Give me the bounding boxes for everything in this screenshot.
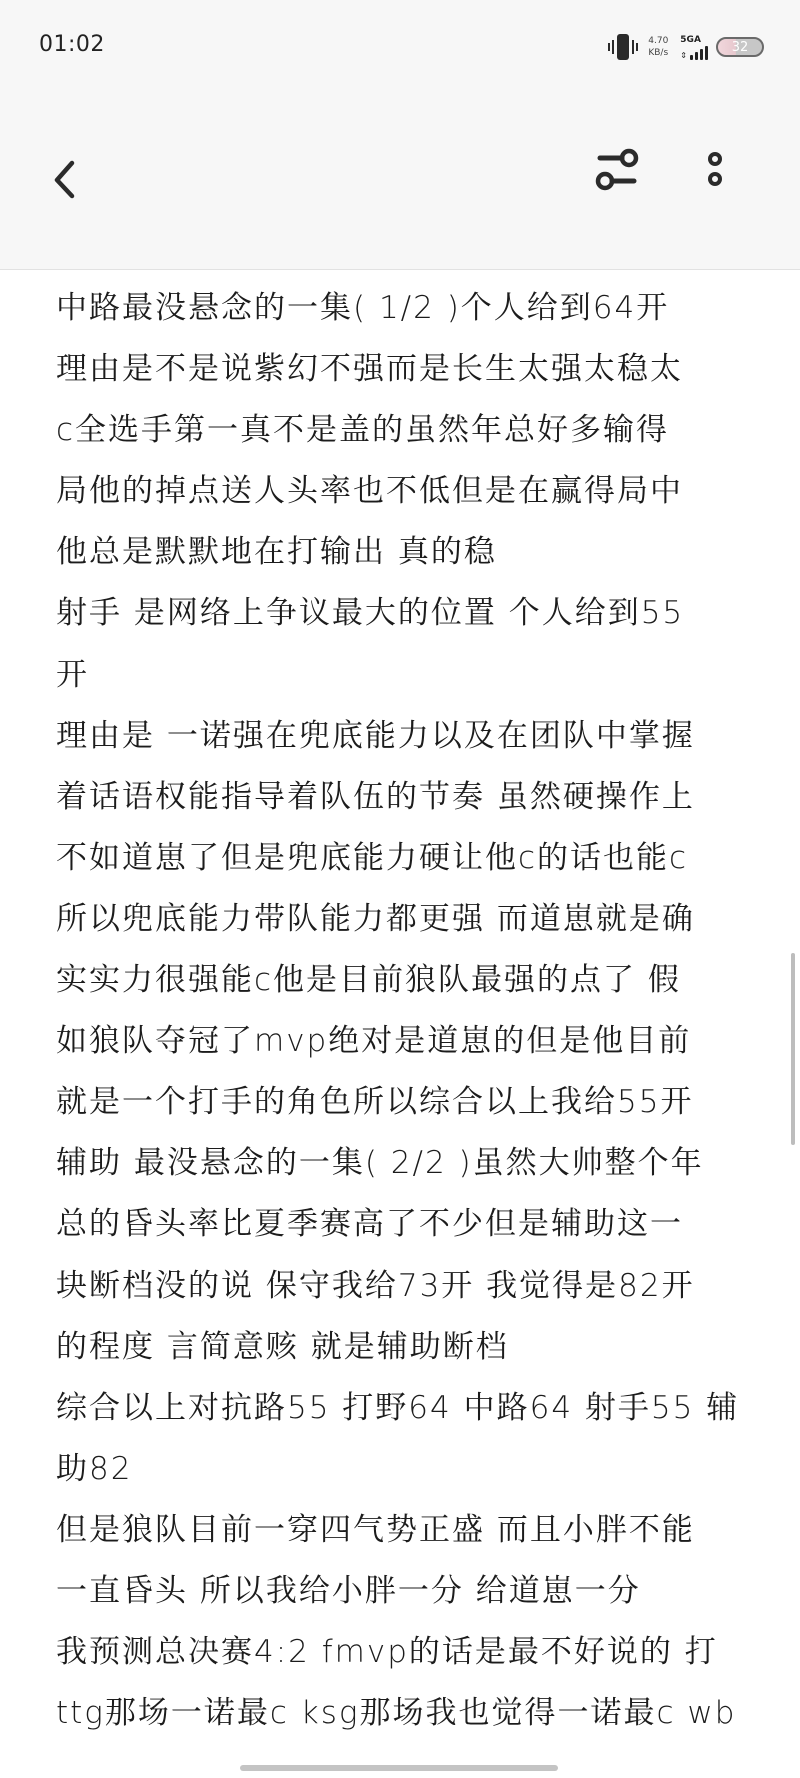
network-speed-unit: KB/s (648, 47, 668, 59)
data-arrows-icon: ⇕ (680, 52, 687, 60)
app-header (0, 92, 800, 270)
screen: 01:02 4.70 KB/s 5GA ⇕ (0, 0, 800, 1778)
text-line: 就是一个打手的角色所以综合以上我给55开 (56, 1072, 756, 1133)
text-line: 着话语权能指导着队伍的节奏 虽然硬操作上 (56, 767, 756, 828)
status-icons: 4.70 KB/s 5GA ⇕ 32 (608, 30, 764, 64)
network-type-label: 5GA (680, 35, 701, 45)
text-line: 综合以上对抗路55 打野64 中路64 射手55 辅 (56, 1378, 756, 1439)
text-line: 辅助 最没悬念的一集( 2/2 )虽然大帅整个年 (56, 1133, 756, 1194)
text-line: c全选手第一真不是盖的虽然年总好多输得 (56, 400, 756, 461)
article-body: 中路最没悬念的一集( 1/2 )个人给到64开 理由是不是说紫幻不强而是长生太强… (56, 278, 756, 1744)
text-line: 中路最没悬念的一集( 1/2 )个人给到64开 (56, 278, 756, 339)
vibrate-mode-icon (608, 34, 638, 60)
network-speed: 4.70 KB/s (648, 35, 668, 59)
back-button[interactable] (48, 154, 82, 204)
status-time: 01:02 (39, 32, 105, 57)
text-line: 块断档没的说 保守我给73开 我觉得是82开 (56, 1256, 756, 1317)
chevron-left-icon (48, 154, 82, 204)
text-line: 的程度 言简意赅 就是辅助断档 (56, 1317, 756, 1378)
text-line: 开 (56, 645, 756, 706)
text-line: 不如道崽了但是兜底能力硬让他c的话也能c (56, 828, 756, 889)
text-line: 如狼队夺冠了mvp绝对是道崽的但是他目前 (56, 1011, 756, 1072)
more-options-button[interactable] (700, 144, 730, 194)
text-line: 助82 (56, 1439, 756, 1500)
text-line: 我预测总决赛4:2 fmvp的话是最不好说的 打 (56, 1622, 756, 1683)
cellular-signal-icon: 5GA ⇕ (680, 35, 708, 60)
text-line: 理由是 一诺强在兜底能力以及在团队中掌握 (56, 706, 756, 767)
text-line: 射手 是网络上争议最大的位置 个人给到55 (56, 583, 756, 644)
network-speed-value: 4.70 (648, 35, 668, 47)
text-line: ttg那场一诺最c ksg那场我也觉得一诺最c wb (56, 1683, 756, 1744)
text-line: 他总是默默地在打输出 真的稳 (56, 522, 756, 583)
text-line: 局他的掉点送人头率也不低但是在赢得局中 (56, 461, 756, 522)
status-bar: 01:02 4.70 KB/s 5GA ⇕ (0, 0, 800, 92)
battery-level: 32 (732, 40, 749, 55)
text-line: 一直昏头 所以我给小胖一分 给道崽一分 (56, 1561, 756, 1622)
home-indicator[interactable] (240, 1765, 558, 1771)
text-line: 理由是不是说紫幻不强而是长生太强太稳太 (56, 339, 756, 400)
filter-settings-button[interactable] (592, 142, 642, 198)
text-line: 所以兜底能力带队能力都更强 而道崽就是确 (56, 889, 756, 950)
battery-icon: 32 (716, 37, 764, 57)
vertical-scrollbar[interactable] (791, 953, 795, 1145)
more-vertical-icon (700, 144, 730, 194)
text-line: 但是狼队目前一穿四气势正盛 而且小胖不能 (56, 1500, 756, 1561)
text-line: 总的昏头率比夏季赛高了不少但是辅助这一 (56, 1194, 756, 1255)
sliders-icon (592, 142, 642, 198)
text-line: 实实力很强能c他是目前狼队最强的点了 假 (56, 950, 756, 1011)
